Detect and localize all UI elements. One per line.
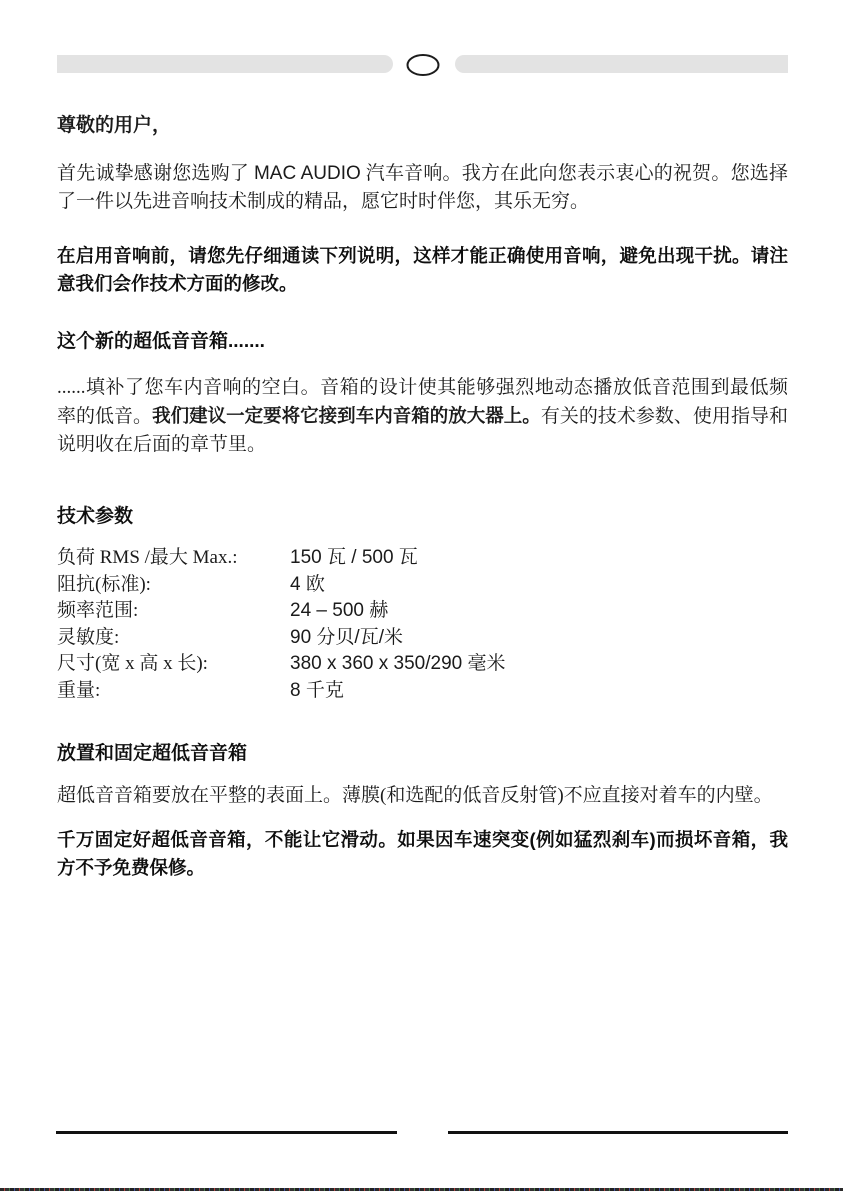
section-heading-placement: 放置和固定超低音音箱 <box>57 740 788 768</box>
new-subwoofer-paragraph: ......填补了您车内音响的空白。音箱的设计使其能够强烈地动态播放低音范围到最… <box>57 374 788 459</box>
spec-row-load: 负荷 RMS /最大 Max.: 150 瓦 / 500 瓦 <box>57 545 788 572</box>
greeting-heading: 尊敬的用户， <box>57 112 788 140</box>
section-heading-new-subwoofer: 这个新的超低音音箱....... <box>57 328 788 356</box>
spec-table: 负荷 RMS /最大 Max.: 150 瓦 / 500 瓦 阻抗(标准): 4… <box>57 545 788 704</box>
spec-label: 灵敏度: <box>57 625 290 652</box>
manual-page: 尊敬的用户， 首先诚挚感谢您选购了 MAC AUDIO 汽车音响。我方在此向您表… <box>0 0 843 1191</box>
new-subwoofer-text-bold: 我们建议一定要将它接到车内音箱的放大器上。 <box>152 405 541 426</box>
placement-paragraph: 超低音音箱要放在平整的表面上。薄膜(和选配的低音反射管)不应直接对着车的内壁。 <box>57 782 788 810</box>
spec-value: 24 – 500 赫 <box>290 598 788 625</box>
brand-name: MAC AUDIO <box>254 163 361 184</box>
spec-label: 尺寸(宽 x 高 x 长): <box>57 651 290 678</box>
warranty-warning-paragraph: 千万固定好超低音音箱，不能让它滑动。如果因车速突变(例如猛烈刹车)而损坏音箱，我… <box>57 826 788 882</box>
section-heading-specs: 技术参数 <box>57 503 788 531</box>
spec-label: 重量: <box>57 678 290 705</box>
spec-value: 380 x 360 x 350/290 毫米 <box>290 651 788 678</box>
spec-value: 150 瓦 / 500 瓦 <box>290 545 788 572</box>
footer-rule-right <box>448 1131 788 1134</box>
spec-label: 频率范围: <box>57 598 290 625</box>
spec-row-weight: 重量: 8 千克 <box>57 678 788 705</box>
footer-rule-left <box>56 1131 397 1134</box>
spec-value: 4 欧 <box>290 572 788 599</box>
spec-row-impedance: 阻抗(标准): 4 欧 <box>57 572 788 599</box>
intro-paragraph: 首先诚挚感谢您选购了 MAC AUDIO 汽车音响。我方在此向您表示衷心的祝贺。… <box>57 160 788 216</box>
header-rule-right <box>455 55 788 73</box>
spec-row-sensitivity: 灵敏度: 90 分贝/瓦/米 <box>57 625 788 652</box>
document-body: 尊敬的用户， 首先诚挚感谢您选购了 MAC AUDIO 汽车音响。我方在此向您表… <box>57 112 788 882</box>
intro-text-pre: 首先诚挚感谢您选购了 <box>57 163 254 184</box>
spec-label: 阻抗(标准): <box>57 572 290 599</box>
spec-label: 负荷 RMS /最大 Max.: <box>57 545 290 572</box>
notice-paragraph: 在启用音响前，请您先仔细通读下列说明，这样才能正确使用音响，避免出现干扰。请注意… <box>57 242 788 298</box>
spec-value: 90 分贝/瓦/米 <box>290 625 788 652</box>
spec-row-frequency: 频率范围: 24 – 500 赫 <box>57 598 788 625</box>
spec-value: 8 千克 <box>290 678 788 705</box>
spec-row-dimensions: 尺寸(宽 x 高 x 长): 380 x 360 x 350/290 毫米 <box>57 651 788 678</box>
header-rule-left <box>57 55 393 73</box>
header-ellipse-icon <box>405 53 441 77</box>
